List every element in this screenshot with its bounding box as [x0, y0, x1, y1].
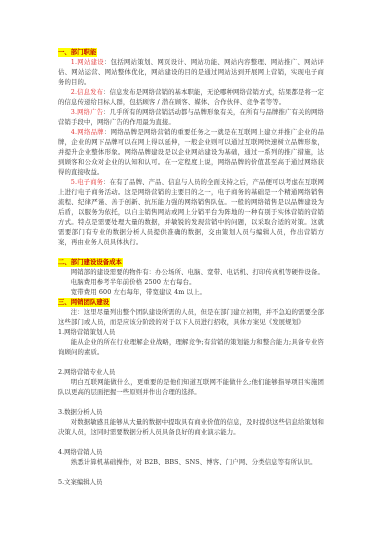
section-equipment-cost: 二、部门建设设备成本 网销部的建设需要的物件有：办公场所、电脑、宽带、电话机、打… — [58, 257, 324, 297]
document-page: 一、部门职能 1.网站建设：包括网站策划、网页设计、网站功能、网站内容整理、网站… — [58, 47, 324, 487]
equipment-line: 网销部的建设需要的物件有：办公场所、电脑、宽带、电话机、打印传真机等硬件设备。 — [58, 267, 324, 277]
role-title: 3.数据分析人员 — [58, 407, 324, 417]
role-title: 2.网络营销专业人员 — [58, 367, 324, 377]
paragraph-text: ：在有了品牌、产品、信息与人员的全面支持之后，产品便可以考虑在互联网上进行电子商… — [58, 178, 324, 246]
role-description: 熟悉计算机基础操作，对 B2B、BBS、SNS、博客、门户网、分类信息等有所认识… — [58, 457, 324, 467]
role-title: 5.文案编辑人员 — [58, 477, 324, 487]
spacer — [58, 247, 324, 257]
spacer — [58, 397, 324, 407]
section-department-functions: 一、部门职能 1.网站建设：包括网站策划、网页设计、网站功能、网站内容整理、网站… — [58, 47, 324, 247]
equipment-line: 电脑费用参考半年前价格 2500 左右每台。 — [58, 277, 324, 287]
section-heading: 二、部门建设设备成本 — [58, 258, 123, 267]
section-team-building: 三、网销团队建设 注：这里尽量列出整个团队建设所需的人员，但是在部门建立初期，并… — [58, 297, 324, 487]
paragraph-ecommerce: 5.电子商务：在有了品牌、产品、信息与人员的全面支持之后，产品便可以考虑在互联网… — [58, 177, 324, 247]
paragraph-lead: 2.信息发布 — [71, 88, 103, 96]
role-description: 能从企业的所在行业理解企业战略，理解竞争;有营销的策划能力和整合能力;具备专业咨… — [58, 337, 324, 357]
team-note: 注：这里尽量列出整个团队建设所需的人员，但是在部门建立初期，并不急迫的需要全部这… — [58, 307, 324, 327]
section-heading: 一、部门职能 — [58, 48, 97, 57]
paragraph-website-building: 1.网站建设：包括网站策划、网页设计、网站功能、网站内容整理、网站推广、网站评估… — [58, 57, 324, 87]
spacer — [58, 357, 324, 367]
paragraph-online-ads: 3.网络广告：几乎所有的网络营销活动都与品牌形象有关，在所有与品牌推广有关的网络… — [58, 107, 324, 127]
paragraph-online-brand: 4.网络品牌：网络品牌是网络营销的重要任务之一就是在互联网上建立并推广企业的品牌… — [58, 127, 324, 177]
spacer — [58, 467, 324, 477]
paragraph-info-publishing: 2.信息发布：信息发布是网络营销的基本职能，无论哪种网络营销方式，结果都是将一定… — [58, 87, 324, 107]
role-title: 4.网络营销人员 — [58, 447, 324, 457]
role-title: 1.网络营销策划人员 — [58, 327, 324, 337]
role-description: 明白互联网能做什么，更重要的是他们知道互联网不能做什么;他们能够指导项目实施团队… — [58, 377, 324, 397]
role-description: 对数据敏感且能够从大量的数据中提取具有商业价值的信息，及时提供这些信息给策划和决… — [58, 417, 324, 437]
paragraph-lead: 3.网络广告 — [71, 108, 103, 116]
section-heading: 三、网销团队建设 — [58, 298, 110, 307]
equipment-line: 宽带费用 600 左右每年，带宽建议 4m 以上。 — [58, 287, 324, 297]
spacer — [58, 437, 324, 447]
paragraph-lead: 4.网络品牌 — [71, 128, 104, 136]
paragraph-lead: 1.网站建设 — [71, 58, 104, 66]
paragraph-lead: 5.电子商务 — [71, 178, 103, 186]
